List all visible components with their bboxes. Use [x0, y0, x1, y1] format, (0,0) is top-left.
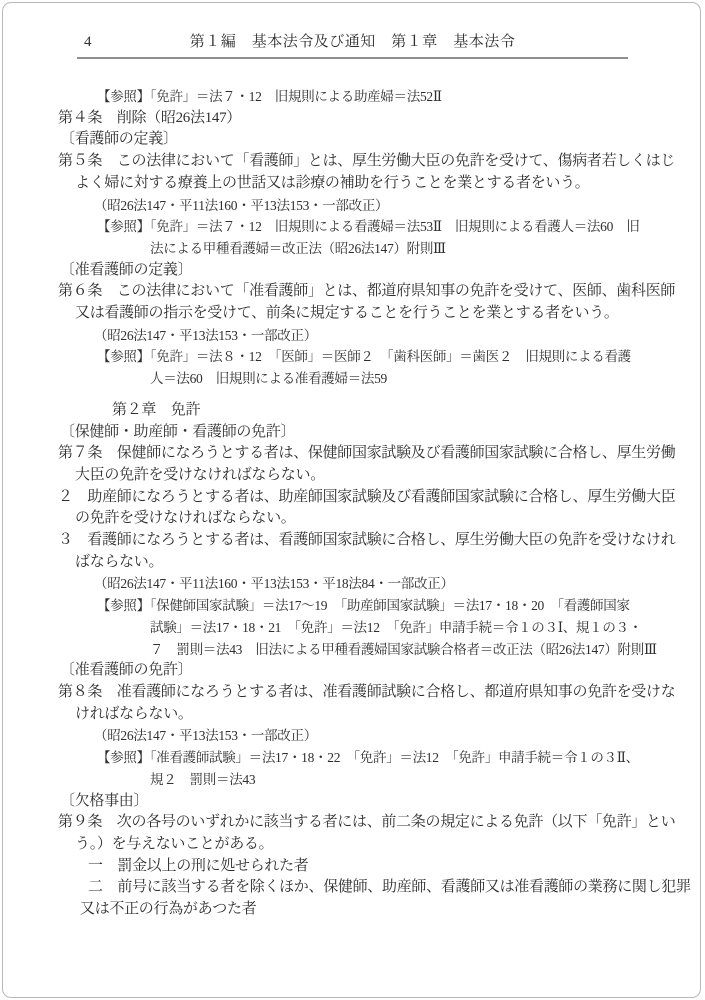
text-line: 又は看護師の指示を受けて、前条に規定することを行うことを業とする者をいう。 [58, 303, 648, 325]
text-line: 【参照】「免許」＝法７・12 旧規則による看護婦＝法53Ⅱ 旧規則による看護人＝… [58, 216, 648, 238]
text-line: 【参照】「免許」＝法７・12 旧規則による助産婦＝法52Ⅱ [58, 86, 648, 108]
running-header-title: 第１編 基本法令及び通知 第１章 基本法令 [0, 33, 705, 51]
text-line: （昭26法147・平11法160・平13法153・平18法84・一部改正） [58, 573, 648, 595]
text-line: 【参照】「保健師国家試験」＝法17～19 「助産師国家試験」＝法17・18・20… [58, 595, 648, 617]
text-line: の免許を受けなければならない。 [58, 508, 648, 530]
text-line: う。）を与えないことがある。 [58, 834, 648, 856]
text-line: 二 前号に該当する者を除くほか、保健師、助産師、看護師又は准看護師の業務に関し犯… [58, 877, 648, 899]
text-line: 〔欠格事由〕 [58, 791, 648, 813]
text-line [58, 390, 648, 400]
text-line: 一 罰金以上の刑に処せられた者 [58, 856, 648, 878]
text-line: 第４条 削除（昭26法147） [58, 108, 648, 130]
text-line: 〔准看護師の免許〕 [58, 660, 648, 682]
text-line: 又は不正の行為があつた者 [58, 899, 648, 921]
text-line: 〔看護師の定義〕 [58, 129, 648, 151]
text-line: 【参照】「准看護師試験」＝法17・18・22 「免許」＝法12 「免許」申請手続… [58, 747, 648, 769]
text-line: （昭26法147・平13法153・一部改正） [58, 325, 648, 347]
text-line: 【参照】「免許」＝法８・12 「医師」＝医師２ 「歯科医師」＝歯医２ 旧規則によ… [58, 346, 648, 368]
text-line: よく婦に対する療養上の世話又は診療の補助を行うことを業とする者をいう。 [58, 173, 648, 195]
text-line: ければならない。 [58, 704, 648, 726]
text-line: ２ 助産師になろうとする者は、助産師国家試験及び看護師国家試験に合格し、厚生労働… [58, 487, 648, 509]
text-line: 大臣の免許を受けなければならない。 [58, 465, 648, 487]
text-line: 第９条 次の各号のいずれかに該当する者には、前二条の規定による免許（以下「免許」… [58, 812, 648, 834]
document-page: { "page": { "number": "4", "header_title… [0, 0, 705, 1000]
text-line: 第２章 免許 [58, 400, 648, 422]
header-rule [77, 57, 628, 59]
text-line: 規２ 罰則＝法43 [58, 769, 648, 791]
text-line: ３ 看護師になろうとする者は、看護師国家試験に合格し、厚生労働大臣の免許を受けな… [58, 530, 648, 552]
text-line: 〔准看護師の定義〕 [58, 260, 648, 282]
text-line: （昭26法147・平11法160・平13法153・一部改正） [58, 195, 648, 217]
text-line: ばならない。 [58, 552, 648, 574]
text-line: 法による甲種看護婦＝改正法（昭26法147）附則Ⅲ [58, 238, 648, 260]
text-line: 〔保健師・助産師・看護師の免許〕 [58, 422, 648, 444]
text-line: 第６条 この法律において「准看護師」とは、都道府県知事の免許を受けて、医師、歯科… [58, 281, 648, 303]
text-line: 第５条 この法律において「看護師」とは、厚生労働大臣の免許を受けて、傷病者若しく… [58, 151, 648, 173]
text-line: 試験」＝法17・18・21 「免許」＝法12 「免許」申請手続＝令１の３Ⅰ、規１… [58, 617, 648, 639]
text-line: ７ 罰則＝法43 旧法による甲種看護婦国家試験合格者＝改正法（昭26法147）附… [58, 639, 648, 661]
text-line: 第８条 准看護師になろうとする者は、准看護師試験に合格し、都道府県知事の免許を受… [58, 682, 648, 704]
text-line: 人＝法60 旧規則による准看護婦＝法59 [58, 368, 648, 390]
text-line: 第７条 保健師になろうとする者は、保健師国家試験及び看護師国家試験に合格し、厚生… [58, 443, 648, 465]
text-line: （昭26法147・平13法153・一部改正） [58, 725, 648, 747]
document-body: 【参照】「免許」＝法７・12 旧規則による助産婦＝法52Ⅱ第４条 削除（昭26法… [58, 86, 648, 921]
